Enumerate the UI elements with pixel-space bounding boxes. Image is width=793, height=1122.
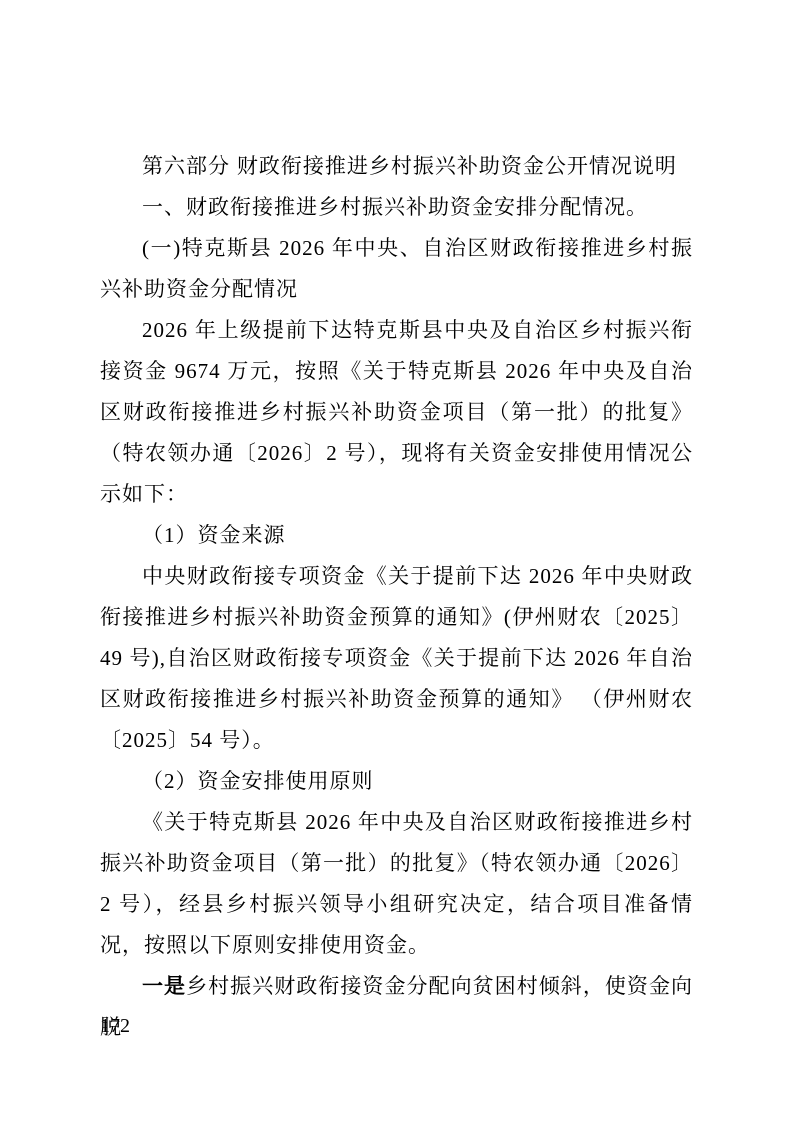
document-content: 第六部分 财政衔接推进乡村振兴补助资金公开情况说明 一、财政衔接推进乡村振兴补助… bbox=[100, 146, 693, 1048]
item2-heading: （2）资金安排使用原则 bbox=[100, 761, 693, 802]
principle1-lead: 一是 bbox=[142, 974, 186, 998]
principle1-text: 乡村振兴财政衔接资金分配向贫困村倾斜，使资金向脱 bbox=[100, 974, 693, 1039]
subsection-heading: (一)特克斯县 2026 年中央、自治区财政衔接推进乡村振兴补助资金分配情况 bbox=[100, 228, 693, 310]
part-heading: 第六部分 财政衔接推进乡村振兴补助资金公开情况说明 bbox=[100, 146, 693, 187]
document-page: 第六部分 财政衔接推进乡村振兴补助资金公开情况说明 一、财政衔接推进乡村振兴补助… bbox=[0, 0, 793, 1122]
item2-paragraph: 《关于特克斯县 2026 年中央及自治区财政衔接推进乡村振兴补助资金项目（第一批… bbox=[100, 802, 693, 966]
intro-paragraph: 2026 年上级提前下达特克斯县中央及自治区乡村振兴衔接资金 9674 万元，按… bbox=[100, 310, 693, 515]
item1-paragraph: 中央财政衔接专项资金《关于提前下达 2026 年中央财政衔接推进乡村振兴补助资金… bbox=[100, 556, 693, 761]
item1-heading: （1）资金来源 bbox=[100, 515, 693, 556]
section-heading: 一、财政衔接推进乡村振兴补助资金安排分配情况。 bbox=[100, 187, 693, 228]
page-number: 172 bbox=[100, 1012, 130, 1040]
principle1-paragraph: 一是乡村振兴财政衔接资金分配向贫困村倾斜，使资金向脱 bbox=[100, 966, 693, 1048]
